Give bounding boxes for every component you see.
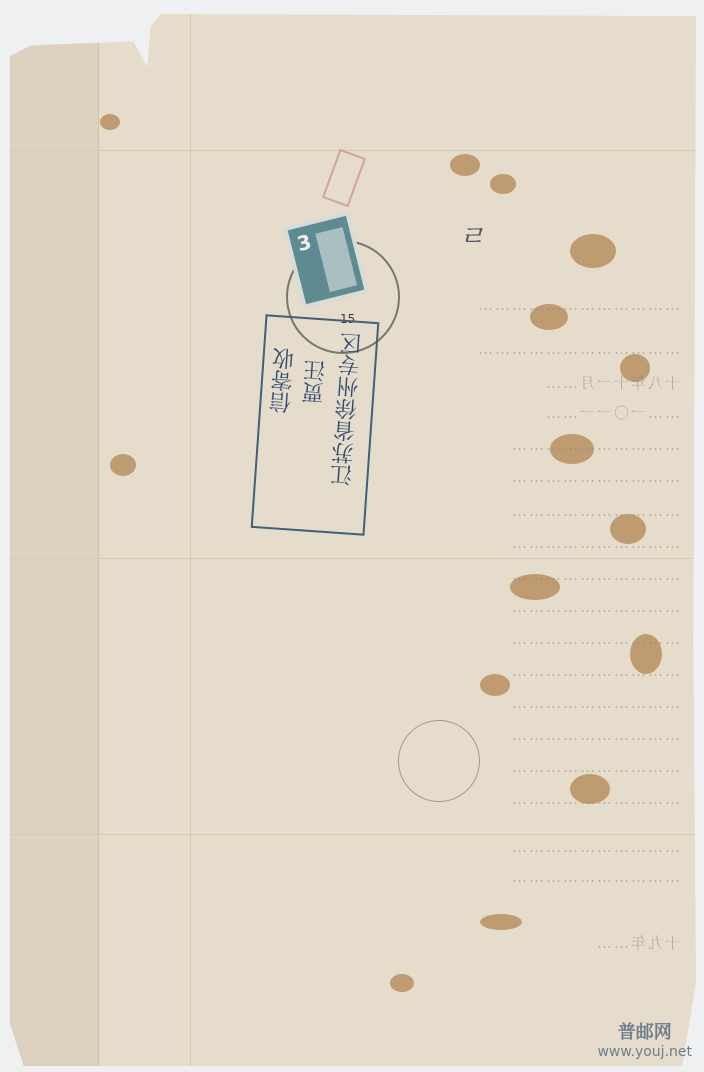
address-line: 江苏省徐州专区 [327,331,369,487]
show-through-line: ………………………… [90,662,680,680]
show-through-line: ………………………… [90,630,680,648]
stain [480,914,522,930]
handwritten-mark: ㄹ [458,215,485,255]
address-line: 信寄收 [266,347,302,415]
watermark: 普邮网 www.youj.net [597,1018,692,1060]
show-through-line: ………………………… [90,838,680,856]
show-through-line: ………………………… [90,790,680,808]
show-through-line: ……一〇一一…… [90,402,680,423]
stamp-design: 3 [288,216,365,304]
stamp-denomination: 3 [294,229,313,256]
show-through-line: 十九年…… [90,932,680,953]
stain [450,154,480,176]
stain [570,234,616,268]
show-through-line: ………………………… [90,566,680,584]
stain [390,974,414,992]
show-through-line: ………………………… [90,758,680,776]
show-through-line: ………………………… [90,598,680,616]
fold-line [10,834,696,835]
show-through-line: ………………………… [90,694,680,712]
show-through-line: ………………………… [90,468,680,486]
stain [490,174,516,194]
fold-line [10,558,696,559]
show-through-line: ………………………… [90,534,680,552]
address-line: 贾汪 [299,359,333,405]
receiving-postmark [398,720,480,802]
watermark-site-name: 普邮网 [597,1018,692,1044]
show-through-line: ………………………… [90,726,680,744]
show-through-line: ………………………… [90,436,680,454]
building-icon [315,227,357,292]
folded-flap [10,14,99,1066]
fold-line [10,150,696,151]
show-through-line: ………………………… [90,502,680,520]
show-through-line: 十八年十一月…… [90,372,680,393]
address-box: 江苏省徐州专区 贾汪 信寄收 [251,314,380,535]
watermark-url: www.youj.net [597,1044,692,1060]
stain [100,114,120,130]
show-through-line: ……………………………… [90,340,680,358]
show-through-line: ………………………… [90,868,680,886]
